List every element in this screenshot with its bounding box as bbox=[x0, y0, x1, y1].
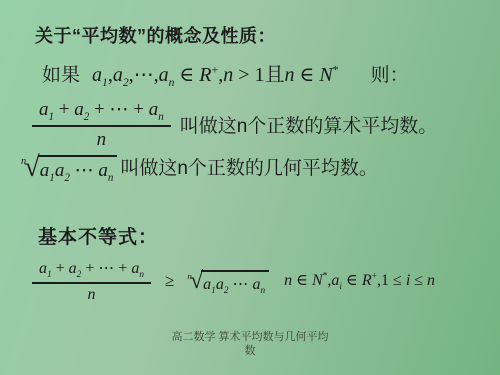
basic-inequality-line: a1 + a2 + ⋯ + ann ≥ n√a1a2 ⋯ an n ∈ N*,a… bbox=[30, 258, 435, 304]
arithmetic-mean-line: a1 + a2 + ⋯ + ann 叫做这n个正数的算术平均数。 bbox=[30, 98, 437, 151]
given-line: 如果 a1,a2,⋯,an ∈ R+,n > 1且n ∈ N* 则： bbox=[42, 58, 409, 89]
arithmetic-mean-formula: a1 + a2 + ⋯ + ann bbox=[30, 98, 173, 151]
inequality-left-formula: a1 + a2 + ⋯ + ann bbox=[30, 258, 153, 304]
inequality-conditions: n ∈ N*,ai ∈ R+,1 ≤ i ≤ n bbox=[284, 270, 435, 292]
slide: 关于“平均数”的概念及性质： 如果 a1,a2,⋯,an ∈ R+,n > 1且… bbox=[0, 0, 500, 375]
given-suffix-label: 则： bbox=[371, 60, 409, 87]
inequality-right-formula: n√a1a2 ⋯ an bbox=[186, 266, 270, 297]
footer-caption: 高二数学 算术平均数与几何平均 数 bbox=[0, 331, 500, 359]
given-prefix-label: 如果 bbox=[42, 60, 80, 87]
footer-caption-line2: 数 bbox=[0, 345, 500, 359]
geometric-mean-text: 叫做这n个正数的几何平均数。 bbox=[120, 153, 378, 180]
basic-inequality-label: 基本不等式： bbox=[38, 222, 158, 249]
given-formula: a1,a2,⋯,an ∈ R+,n > 1且n ∈ N* bbox=[92, 58, 339, 89]
footer-caption-line1: 高二数学 算术平均数与几何平均 bbox=[0, 331, 500, 345]
geometric-mean-line: n√a1a2 ⋯ an 叫做这n个正数的几何平均数。 bbox=[20, 148, 378, 184]
slide-title: 关于“平均数”的概念及性质： bbox=[35, 22, 276, 48]
arithmetic-mean-text: 叫做这n个正数的算术平均数。 bbox=[180, 111, 438, 138]
geometric-mean-formula: n√a1a2 ⋯ an bbox=[20, 148, 118, 184]
greater-equal-sign: ≥ bbox=[165, 271, 174, 291]
